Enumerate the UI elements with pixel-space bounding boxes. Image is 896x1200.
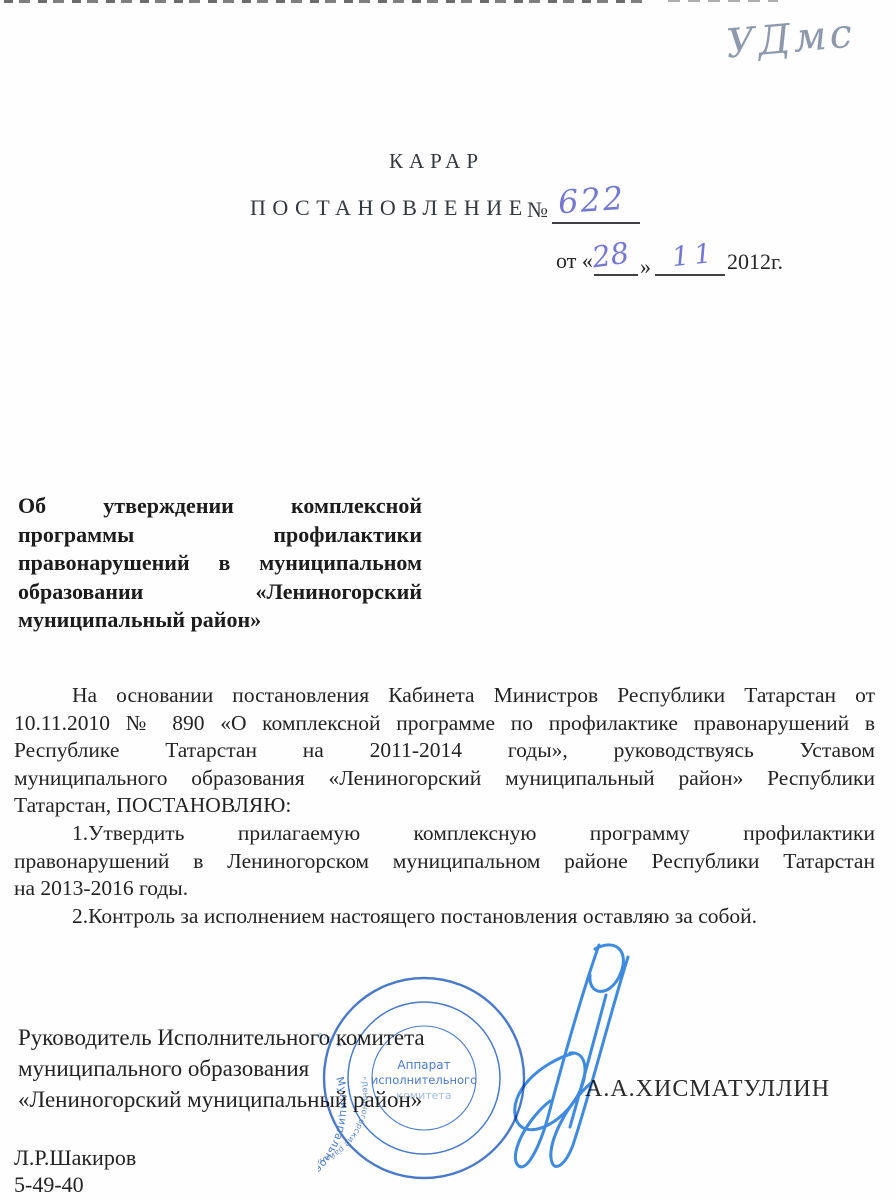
date-close-quote: » (640, 254, 651, 280)
executor-block: Л.Р.Шакиров 5-49-40 (14, 1144, 136, 1198)
scan-artifact-top-right (668, 0, 778, 2)
subject-line: правонарушений в муниципальном (18, 549, 422, 578)
scan-artifact-top (4, 0, 650, 3)
signature-scrawl (478, 935, 663, 1180)
title-russian: ПОСТАНОВЛЕНИЕ (250, 195, 529, 221)
item1-line: на 2013-2016 годы. (14, 875, 875, 903)
executor-phone: 5-49-40 (14, 1171, 136, 1198)
item1-line: правонарушений в Лениногорском муниципал… (14, 848, 875, 876)
paragraph-line: муниципального образования «Лениногорски… (14, 765, 875, 793)
subject-line: программы профилактики (18, 521, 422, 550)
date-prefix: от « (556, 248, 593, 274)
handwritten-day: 28 (590, 236, 631, 275)
paragraph-line: 10.11.2010 № 890 «О комплексной программ… (14, 710, 875, 738)
stamp-center-line1: Аппарат (397, 1058, 450, 1072)
paragraph-line: Татарстан, ПОСТАНОВЛЯЮ: (14, 792, 875, 820)
subject-line: муниципальный район» (18, 606, 422, 635)
document-number-label: № (527, 197, 548, 223)
paragraph-line: Республике Татарстан на 2011-2014 годы»,… (14, 737, 875, 765)
handwritten-number: 622 (557, 179, 627, 222)
subject-line: образовании «Лениногорский (18, 578, 422, 607)
date-year: 2012г. (727, 249, 783, 275)
signature-stroke (515, 1053, 585, 1130)
item2-line: 2.Контроль за исполнением настоящего пос… (14, 903, 875, 931)
stamp-center-line2: исполнительного (371, 1073, 477, 1087)
item1-line: 1.Утвердить прилагаемую комплексную прог… (14, 820, 875, 848)
handwritten-corner-note: УДмс (724, 10, 857, 67)
title-tatar: КАРАР (389, 149, 484, 174)
subject-block: Об утверждении комплексной программы про… (18, 492, 422, 635)
stamp-center-line3: комитета (396, 1089, 451, 1102)
paragraph-line: На основании постановления Кабинета Мини… (14, 682, 875, 710)
executor-name: Л.Р.Шакиров (14, 1144, 136, 1171)
document-page: УДмс КАРАР ПОСТАНОВЛЕНИЕ № 622 от « 28 »… (0, 0, 896, 1200)
handwritten-month: 11 (671, 238, 718, 273)
subject-line: Об утверждении комплексной (18, 492, 422, 521)
body-text: На основании постановления Кабинета Мини… (14, 682, 875, 930)
